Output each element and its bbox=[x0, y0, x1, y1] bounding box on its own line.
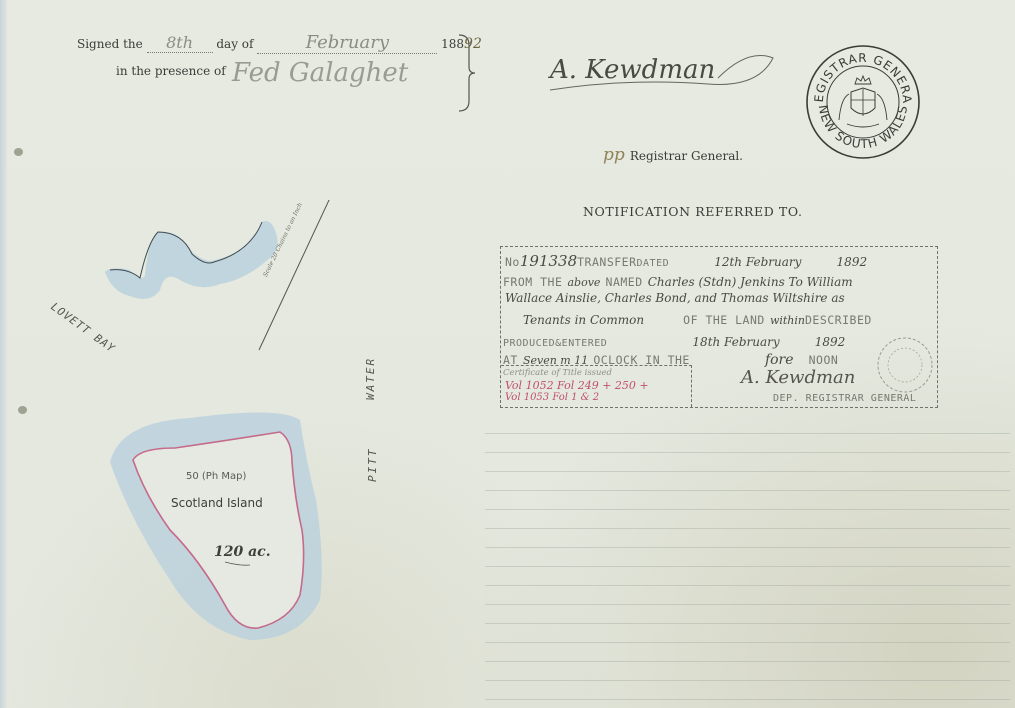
transferor-names: Charles (Stdn) Jenkins To William bbox=[648, 275, 853, 289]
stamp-row-4: Tenants in Common OF THE LAND withinDESC… bbox=[523, 309, 872, 328]
punch-hole bbox=[14, 148, 23, 156]
pp-mark: pp bbox=[603, 145, 625, 165]
island-name: Scotland Island bbox=[171, 496, 263, 510]
month-value: February bbox=[257, 32, 437, 54]
ruled-lines bbox=[485, 415, 1010, 708]
presence-line: in the presence of bbox=[116, 64, 226, 78]
certificate-volume-2: Vol 1053 Fol 1 & 2 bbox=[505, 392, 599, 403]
notification-heading: NOTIFICATION REFERRED TO. bbox=[583, 204, 803, 219]
document-page: Signed the 8th day of February 18892 in … bbox=[0, 0, 1015, 708]
svg-text:REGISTRAR GENERAL: REGISTRAR GENERAL bbox=[805, 44, 914, 104]
entered-date: 18th February bbox=[692, 335, 779, 349]
certificate-box: Certificate of Title issued Vol 1052 Fol… bbox=[501, 365, 692, 407]
brace-icon bbox=[455, 33, 477, 113]
pitt-label: PITT bbox=[366, 448, 379, 483]
presence-label: in the presence of bbox=[116, 64, 226, 78]
day-value: 8th bbox=[147, 33, 213, 53]
transferee-names: Wallace Ainslie, Charles Bond, and Thoma… bbox=[505, 291, 845, 305]
transfer-stamp: No191338TRANSFERDATED 12th February 1892… bbox=[500, 246, 938, 408]
deputy-signature: A. Kewdman bbox=[741, 367, 855, 388]
transfer-number: 191338 bbox=[520, 252, 577, 270]
island-area: 120 ac. bbox=[214, 544, 271, 560]
map-sketch bbox=[0, 200, 480, 650]
registrar-title: Registrar General. bbox=[630, 149, 743, 163]
entered-year: 1892 bbox=[815, 335, 846, 349]
tenancy-type: Tenants in Common bbox=[523, 313, 644, 327]
registrar-seal-icon: REGISTRAR GENERAL NEW SOUTH WALES bbox=[805, 44, 921, 160]
stamp-row-1: No191338TRANSFERDATED 12th February 1892 bbox=[505, 251, 867, 270]
transfer-year: 1892 bbox=[837, 255, 868, 269]
water-label: WATER bbox=[364, 357, 377, 400]
date-stamp-icon bbox=[875, 335, 935, 395]
stamp-row-5: PRODUCED&ENTERED 18th February 1892 bbox=[503, 331, 845, 350]
signature-flourish bbox=[548, 48, 778, 98]
registrar-title-line: pp Registrar General. bbox=[603, 145, 743, 165]
signed-line: Signed the 8th day of February 18892 bbox=[77, 32, 482, 54]
certificate-volume-1: Vol 1052 Fol 249 + 250 + bbox=[505, 379, 649, 392]
day-of-label: day of bbox=[216, 37, 253, 51]
transfer-date: 12th February bbox=[714, 255, 801, 269]
island-map-reference: 50 (Ph Map) bbox=[186, 471, 246, 482]
witness-signature: Fed Galaghet bbox=[232, 58, 408, 88]
stamp-row-2: FROM THE above NAMED Charles (Stdn) Jenk… bbox=[503, 271, 853, 290]
signed-label: Signed the bbox=[77, 37, 143, 51]
